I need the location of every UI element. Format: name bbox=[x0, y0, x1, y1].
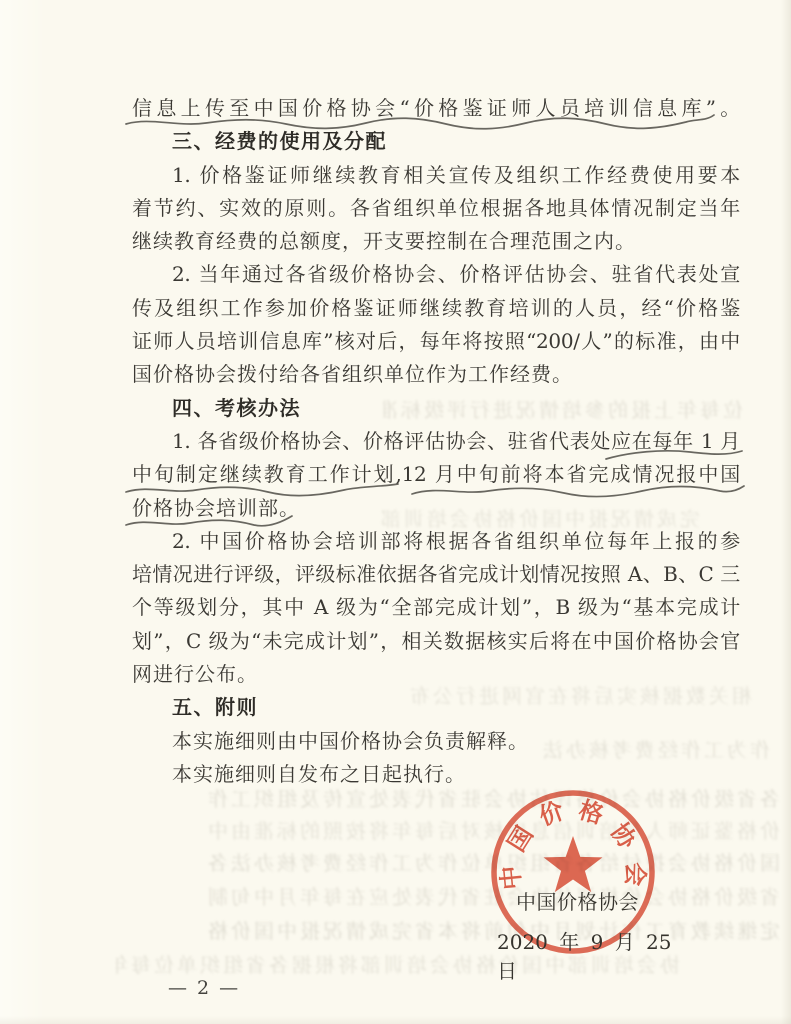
section-heading: 四、考核办法 bbox=[132, 392, 740, 425]
text-line: 本实施细则自发布之日起执行。 bbox=[132, 758, 740, 791]
text-line: 网进行公布。 bbox=[132, 658, 740, 691]
text-line: 继续教育经费的总额度，开支要控制在合理范围之内。 bbox=[132, 225, 740, 258]
signature-org: 中国价格协会 bbox=[516, 886, 656, 915]
text-line: 2. 当年通过各省级价格协会、价格评估协会、驻省代表处宣 bbox=[132, 258, 740, 291]
document-body: 信息上传至中国价格协会“价格鉴证师人员培训信息库”。三、经费的使用及分配1. 价… bbox=[132, 92, 740, 791]
bleedthrough-text: 价格鉴证师人员培训信息库核对后每年将按照的标准由中 bbox=[96, 818, 780, 844]
text-line: 证师人员培训信息库”核对后，每年将按照“200/人”的标准，由中 bbox=[132, 325, 740, 358]
scanned-document-page: 位每年上报的参培情况进行评级标准完成情况报中国价格协会培训部相关数据核实后将在官… bbox=[0, 0, 791, 1024]
page-number: — 2 — bbox=[168, 977, 240, 999]
text-line: 1. 各省级价格协会、价格评估协会、驻省代表处应在每年 1 月 bbox=[132, 425, 740, 458]
bleedthrough-text: 省级价格协会价格评估协会驻省代表处应在每年月中旬制 bbox=[112, 884, 780, 910]
section-heading: 五、附则 bbox=[132, 691, 740, 724]
text-line: 培情况进行评级，评级标准依据各省完成计划情况按照 A、B、C 三 bbox=[132, 558, 740, 591]
text-line: 个等级划分，其中 A 级为“全部完成计划”，B 级为“基本完成计 bbox=[132, 591, 740, 624]
text-line: 1. 价格鉴证师继续教育相关宣传及组织工作经费使用要本 bbox=[132, 159, 740, 192]
signature-date: 2020 年 9 月 25 日 bbox=[497, 926, 697, 984]
text-line: 着节约、实效的原则。各省组织单位根据各地具体情况制定当年 bbox=[132, 192, 740, 225]
text-line: 中旬制定继续教育工作计划,12 月中旬前将本省完成情况报中国 bbox=[132, 458, 740, 491]
text-line: 国价格协会拨付给各省组织单位作为工作经费。 bbox=[132, 358, 740, 391]
bleedthrough-text: 国价格协会拨付给各省组织单位作为工作经费考核办法各 bbox=[118, 850, 780, 876]
text-line: 信息上传至中国价格协会“价格鉴证师人员培训信息库”。 bbox=[132, 92, 740, 125]
text-line: 划”，C 级为“未完成计划”，相关数据核实后将在中国价格协会官 bbox=[132, 625, 740, 658]
section-heading: 三、经费的使用及分配 bbox=[132, 125, 740, 158]
text-line: 价格协会培训部。 bbox=[132, 492, 740, 525]
text-line: 2. 中国价格协会培训部将根据各省组织单位每年上报的参 bbox=[132, 525, 740, 558]
text-line: 传及组织工作参加价格鉴证师继续教育培训的人员，经“价格鉴 bbox=[132, 292, 740, 325]
text-line: 本实施细则由中国价格协会负责解释。 bbox=[132, 725, 740, 758]
